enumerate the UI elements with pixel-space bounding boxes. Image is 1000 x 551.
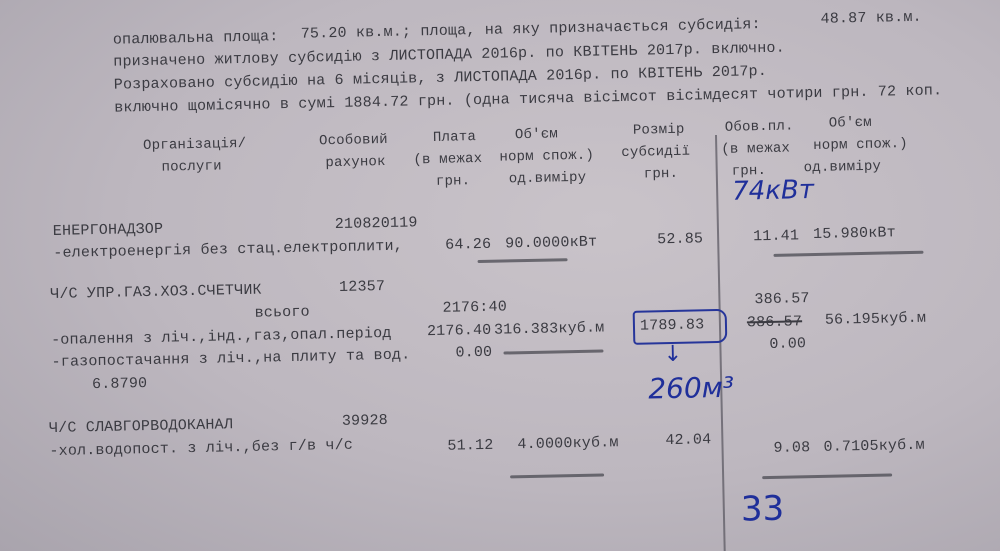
payment-value: 2176.40 (427, 322, 492, 340)
pen-underline (762, 473, 892, 479)
volume-value: 90.0000кВт (505, 234, 597, 253)
subsidy-area-value: 48.87 кв.м. (820, 9, 922, 28)
service-name: -опалення з ліч.,інд.,газ,опал.період (51, 325, 392, 349)
handwritten-note: 74кВт (732, 175, 814, 207)
volume-value: 4.0000куб.м (517, 434, 619, 453)
volume-value: 316.383куб.м (494, 319, 605, 338)
account-number: 210820119 (335, 214, 418, 233)
mandatory-payment-value: 386.57 (747, 313, 803, 331)
org-name: Ч/С СЛАВГОРВОДОКАНАЛ (49, 416, 233, 437)
subsidy-value: 52.85 (657, 230, 703, 248)
service-name: -газопостачання з ліч.,на плиту та вод. (51, 346, 410, 371)
col-org-1: Організація/ (143, 136, 247, 154)
col-subsidy-3: грн. (644, 166, 679, 183)
pen-underline (510, 473, 604, 478)
mandatory-volume-value: 0.7105куб.м (823, 437, 925, 456)
mandatory-payment-value: 11.41 (753, 227, 799, 245)
payment-value: 51.12 (447, 437, 493, 455)
pen-underline (773, 251, 923, 257)
total-label: всього (254, 304, 310, 322)
mandatory-volume-value: 56.195куб.м (825, 310, 927, 329)
pen-underline (478, 258, 568, 263)
col-org-2: послуги (161, 158, 222, 175)
col-mandatory-2: (в межах (721, 140, 790, 157)
col-mvolume-3: од.виміру (804, 159, 882, 177)
col-account-1: Особовий (319, 132, 388, 149)
col-volume-3: од.виміру (509, 170, 587, 188)
payment-value: 0.00 (455, 344, 492, 362)
mandatory-volume-value: 15.980кВт (813, 224, 896, 243)
heated-area-label: опалювальна площа: (113, 28, 279, 48)
org-name: ЕНЕРГОНАДЗОР (53, 221, 164, 240)
account-number: 12357 (339, 278, 385, 296)
extra-value: 6.8790 (92, 375, 148, 393)
subsidy-value: 42.04 (665, 431, 711, 449)
total-mandatory: 386.57 (754, 290, 810, 308)
handwritten-note: 260м³ (648, 371, 734, 406)
col-volume-2: норм спож.) (499, 148, 594, 166)
col-volume-1: Об'єм (515, 126, 558, 143)
payment-value: 64.26 (445, 236, 491, 254)
col-payment-3: грн. (436, 173, 471, 190)
mandatory-payment-value: 9.08 (773, 439, 810, 457)
col-account-2: рахунок (325, 154, 386, 171)
area-values: 75.20 кв.м.; площа, на яку призначається… (301, 16, 761, 43)
col-mvolume-1: Об'єм (829, 115, 872, 132)
subsidy-document: опалювальна площа: 75.20 кв.м.; площа, н… (0, 0, 1000, 551)
arrow-down-icon: ↓ (663, 342, 682, 367)
service-name: -хол.водопост. з ліч.,без г/в ч/с (49, 437, 353, 460)
col-mandatory-1: Обов.пл. (725, 118, 794, 135)
mandatory-payment-value: 0.00 (769, 335, 806, 353)
pen-strike (503, 349, 603, 354)
col-payment-2: (в межах (413, 151, 482, 168)
org-name: Ч/С УПР.ГАЗ.ХОЗ.СЧЕТЧИК (50, 282, 262, 303)
col-mvolume-2: норм спож.) (813, 136, 908, 154)
col-subsidy-1: Розмір (633, 122, 685, 139)
col-subsidy-2: субсидії (621, 144, 690, 161)
account-number: 39928 (342, 412, 388, 430)
service-name: -електроенергія без стац.електроплити, (53, 238, 403, 262)
pen-circle (633, 309, 728, 345)
handwritten-note: 33 (740, 489, 784, 530)
col-payment-1: Плата (433, 129, 476, 146)
total-payment: 2176:40 (442, 298, 507, 316)
